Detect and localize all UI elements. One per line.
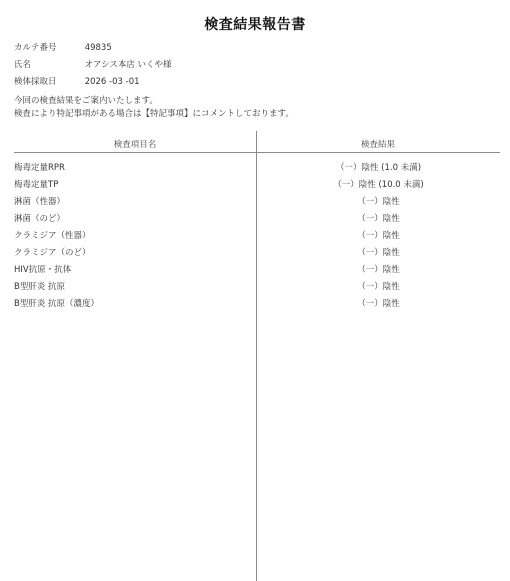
table-row: HIV抗原・抗体 （一）陰性 [14, 263, 500, 280]
table-row: クラミジア（のど） （一）陰性 [14, 246, 500, 263]
test-name: B型肝炎 抗原（濃度） [14, 297, 99, 309]
header-divider [14, 152, 500, 153]
table-row: クラミジア（性器） （一）陰性 [14, 229, 500, 246]
patient-name-label: 氏名 [14, 58, 82, 70]
notice-message: 今回の検査結果をご案内いたします。 検査により特記事項がある場合は【特記事項】に… [14, 95, 294, 121]
test-name: 梅毒定量RPR [14, 161, 65, 173]
header-item-name: 検査項目名 [14, 138, 256, 150]
test-name: クラミジア（のど） [14, 246, 91, 258]
test-result: （一）陰性 [257, 297, 500, 309]
results-table: 梅毒定量RPR （一）陰性 (1.0 未満) 梅毒定量TP （一）陰性 (10.… [14, 161, 500, 314]
test-result: （一）陰性 [257, 263, 500, 275]
document-title: 検査結果報告書 [0, 14, 510, 34]
test-result: （一）陰性 [257, 212, 500, 224]
table-row: 梅毒定量RPR （一）陰性 (1.0 未満) [14, 161, 500, 178]
test-name: B型肝炎 抗原 [14, 280, 65, 292]
test-name: 淋菌（のど） [14, 212, 65, 224]
test-name: 梅毒定量TP [14, 178, 58, 190]
test-result: （一）陰性 (10.0 未満) [257, 178, 500, 190]
patient-name-value: オアシス本店 いくや様 [85, 58, 172, 70]
notice-line-1: 今回の検査結果をご案内いたします。 [14, 95, 294, 108]
test-name: 淋菌（性器） [14, 195, 65, 207]
table-row: 淋菌（のど） （一）陰性 [14, 212, 500, 229]
table-row: 梅毒定量TP （一）陰性 (10.0 未満) [14, 178, 500, 195]
test-result: （一）陰性 [257, 280, 500, 292]
collection-date-row: 検体採取日 2026 -03 -01 [14, 75, 140, 87]
collection-date-value: 2026 -03 -01 [85, 77, 140, 87]
collection-date-label: 検体採取日 [14, 75, 82, 87]
chart-number-label: カルテ番号 [14, 41, 82, 53]
test-result: （一）陰性 [257, 195, 500, 207]
test-result: （一）陰性 [257, 246, 500, 258]
test-result: （一）陰性 (1.0 未満) [257, 161, 500, 173]
chart-number-value: 49835 [85, 43, 112, 53]
table-row: B型肝炎 抗原（濃度） （一）陰性 [14, 297, 500, 314]
table-row: B型肝炎 抗原 （一）陰性 [14, 280, 500, 297]
chart-number-row: カルテ番号 49835 [14, 41, 112, 53]
header-result: 検査結果 [257, 138, 499, 150]
test-result: （一）陰性 [257, 229, 500, 241]
patient-name-row: 氏名 オアシス本店 いくや様 [14, 58, 172, 70]
notice-line-2: 検査により特記事項がある場合は【特記事項】にコメントしております。 [14, 108, 294, 121]
test-name: HIV抗原・抗体 [14, 263, 71, 275]
table-row: 淋菌（性器） （一）陰性 [14, 195, 500, 212]
test-name: クラミジア（性器） [14, 229, 91, 241]
